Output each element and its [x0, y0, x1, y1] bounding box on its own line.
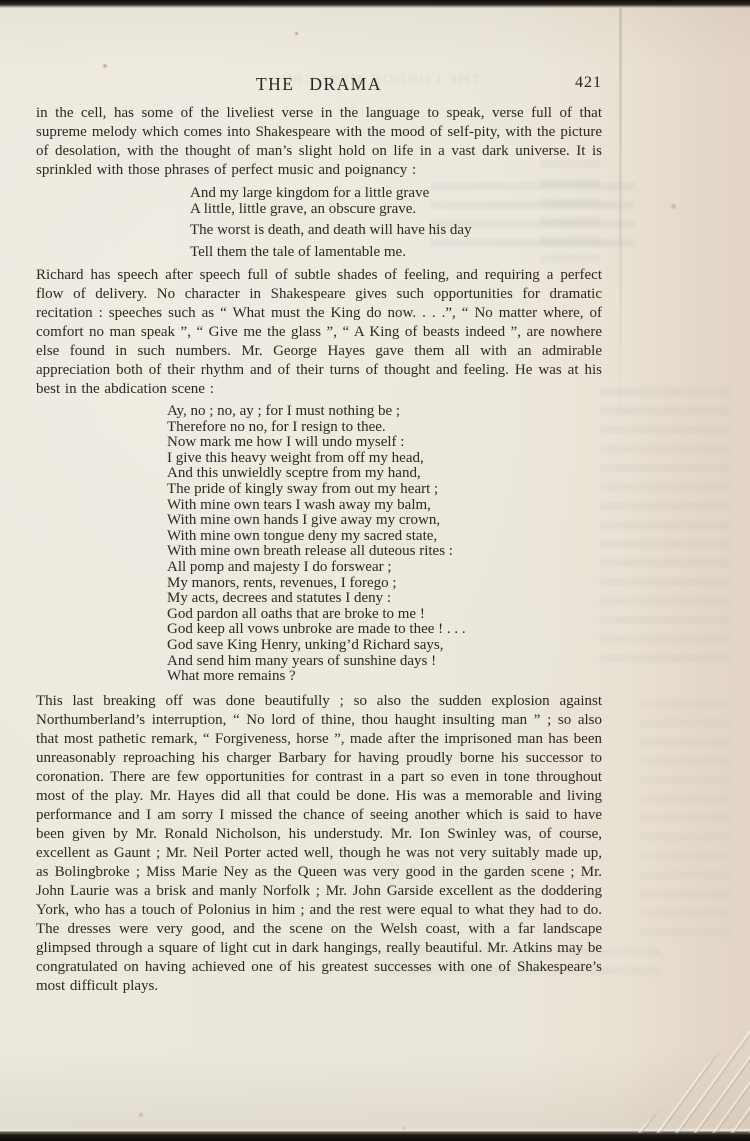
verse-line: Now mark me how I will undo myself : — [167, 435, 602, 451]
paragraph-2: Richard has speech after speech full of … — [36, 266, 602, 399]
verse-line: Tell them the tale of lamentable me. — [190, 245, 602, 261]
section-title: THE DRAMA — [36, 72, 602, 96]
scan-edge-top — [0, 0, 750, 8]
verse-line: God pardon all oaths that are broke to m… — [167, 607, 602, 623]
verse-line: God keep all vows unbroke are made to th… — [167, 622, 602, 638]
verse-line: And this unwieldly sceptre from my hand, — [167, 466, 602, 482]
fox-spot — [670, 203, 677, 210]
verse-line: And send him many years of sunshine days… — [167, 654, 602, 670]
bleedthrough-text — [600, 388, 730, 668]
verse-line: My manors, rents, revenues, I forego ; — [167, 576, 602, 592]
paragraph-3: This last breaking off was done beautifu… — [36, 692, 602, 996]
verse-line: With mine own hands I give away my crown… — [167, 513, 602, 529]
verse-line: With mine own tongue deny my sacred stat… — [167, 529, 602, 545]
page-number: 421 — [575, 74, 602, 92]
text-column: THE DRAMA 421 in the cell, has some of t… — [36, 72, 602, 996]
verse-line: The worst is death, and death will have … — [190, 223, 602, 239]
fox-spot — [294, 31, 299, 36]
fox-spot — [402, 1126, 407, 1131]
fox-spot — [138, 1112, 144, 1118]
bleedthrough-text — [640, 700, 730, 940]
verse-line: God save King Henry, unking’d Richard sa… — [167, 638, 602, 654]
verse-line: And my large kingdom for a little grave — [190, 186, 602, 202]
verse-quotation-1: And my large kingdom for a little graveA… — [190, 186, 602, 260]
verse-quotation-abdication-speech: Ay, no ; no, ay ; for I must nothing be … — [167, 404, 602, 685]
scan-edge-bottom — [0, 1128, 750, 1141]
scanned-book-page: THE LONDON MERCURY THE DRAMA 421 in the … — [0, 0, 750, 1141]
verse-line: With mine own breath release all duteous… — [167, 544, 602, 560]
running-head: THE DRAMA 421 — [36, 72, 602, 96]
verse-line: With mine own tears I wash away my balm, — [167, 498, 602, 514]
verse-line: Therefore no no, for I resign to thee. — [167, 420, 602, 436]
verse-line: What more remains ? — [167, 669, 602, 685]
verse-line: I give this heavy weight from off my hea… — [167, 451, 602, 467]
fox-spot — [102, 63, 108, 69]
verse-line: All pomp and majesty I do forswear ; — [167, 560, 602, 576]
verse-line: Ay, no ; no, ay ; for I must nothing be … — [167, 404, 602, 420]
verse-line: The pride of kingly sway from out my hea… — [167, 482, 602, 498]
verse-line: A little, little grave, an obscure grave… — [190, 202, 602, 218]
paragraph-1: in the cell, has some of the liveliest v… — [36, 104, 602, 180]
verse-line: My acts, decrees and statutes I deny : — [167, 591, 602, 607]
